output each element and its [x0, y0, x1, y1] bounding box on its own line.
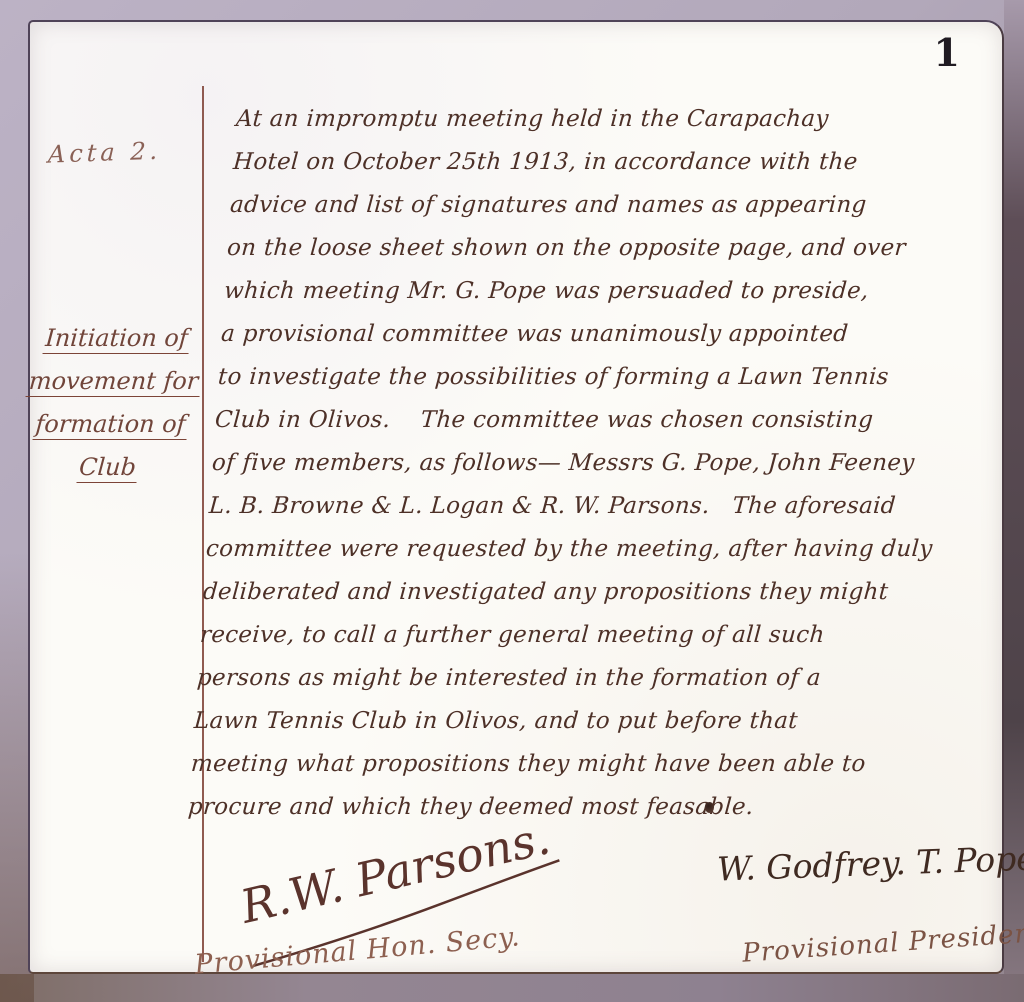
- president-title: Provisional President: [741, 917, 1024, 969]
- margin-heading-text: formation of: [32, 410, 188, 440]
- handwritten-line: Club in Olivos. The committee was chosen…: [214, 399, 1017, 442]
- margin-heading-text: movement for: [26, 367, 202, 397]
- handwritten-line: Lawn Tennis Club in Olivos, and to put b…: [192, 700, 995, 743]
- handwritten-line: meeting what propositions they might hav…: [189, 743, 992, 786]
- margin-heading-text: Club: [76, 453, 139, 483]
- margin-rule-line: [202, 86, 204, 962]
- handwritten-line: Hotel on October 25th 1913, in accordanc…: [232, 141, 1024, 184]
- handwritten-line: committee were requested by the meeting,…: [204, 528, 1007, 571]
- page-number: 1: [934, 30, 960, 75]
- scanned-minute-book-photo: 1 Acta 2. Initiation of movement for for…: [0, 0, 1024, 1002]
- frame-band-bottom: [0, 974, 1024, 1002]
- margin-heading-line: Club: [16, 447, 199, 490]
- handwritten-line: on the loose sheet shown on the opposite…: [226, 227, 1024, 270]
- handwritten-line: deliberated and investigated any proposi…: [201, 571, 1004, 614]
- ink-blot: [705, 802, 714, 813]
- handwritten-line: a provisional committee was unanimously …: [220, 313, 1023, 356]
- handwritten-line: receive, to call a further general meeti…: [198, 614, 1001, 657]
- margin-heading-text: Initiation of: [42, 324, 191, 354]
- margin-heading: Initiation of movement for formation of …: [16, 318, 208, 490]
- margin-heading-line: formation of: [19, 404, 202, 447]
- handwritten-line: persons as might be interested in the fo…: [195, 657, 998, 700]
- manuscript-page: 1 Acta 2. Initiation of movement for for…: [28, 20, 1004, 974]
- handwritten-line: to investigate the possibilities of form…: [217, 356, 1020, 399]
- margin-heading-line: Initiation of: [25, 318, 208, 361]
- handwritten-line: At an impromptu meeting held in the Cara…: [235, 98, 1024, 141]
- handwritten-line: of five members, as follows— Messrs G. P…: [210, 442, 1013, 485]
- margin-acta-note: Acta 2.: [48, 135, 199, 168]
- handwritten-line: L. B. Browne & L. Logan & R. W. Parsons.…: [207, 485, 1010, 528]
- handwritten-line: advice and list of signatures and names …: [229, 184, 1024, 227]
- handwritten-line: which meeting Mr. G. Pope was persuaded …: [223, 270, 1024, 313]
- president-signature: W. Godfrey. T. Pope: [716, 838, 1024, 888]
- manuscript-body: At an impromptu meeting held in the Cara…: [186, 98, 1024, 829]
- margin-heading-line: movement for: [22, 361, 205, 404]
